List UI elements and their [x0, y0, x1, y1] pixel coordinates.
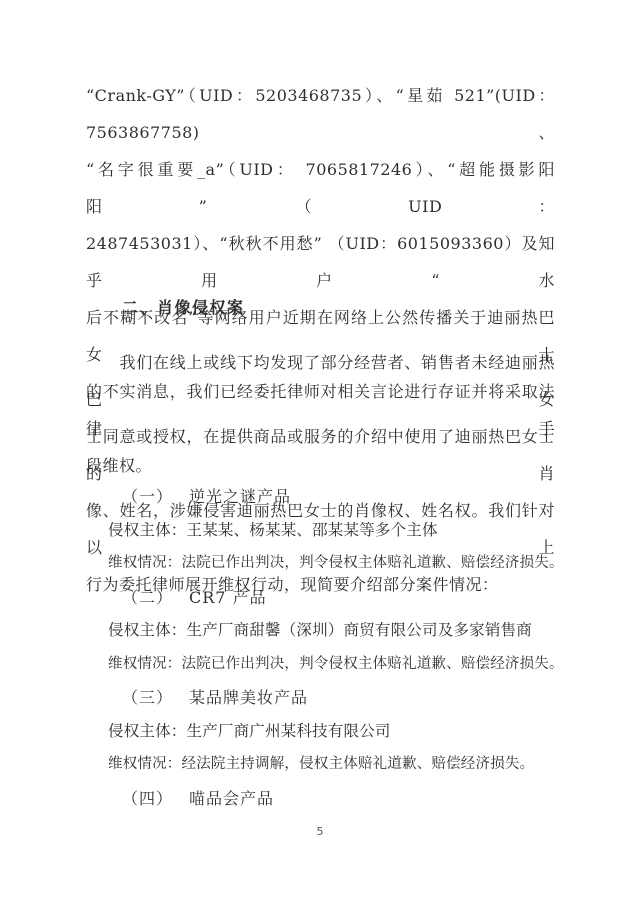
case-item-title: （一）逆光之谜产品 — [86, 480, 555, 514]
page-number: 5 — [0, 825, 640, 838]
text-line: “名字很重要_a”（UID： 7065817246）、“超能摄影阳阳”（UID： — [86, 151, 555, 225]
text-line: “Crank-GY”（UID：5203468735）、“星茹 521”(UID：… — [86, 77, 555, 151]
text-line: 我们在线上或线下均发现了部分经营者、销售者未经迪丽热巴女 — [86, 344, 555, 418]
case-rights-status: 维权情况：经法院主持调解，侵权主体赔礼道歉、赔偿经济损失。 — [86, 748, 555, 782]
case-rights-status: 维权情况：法院已作出判决，判令侵权主体赔礼道歉、赔偿经济损失。 — [86, 547, 555, 581]
case-rights-status: 维权情况：法院已作出判决，判令侵权主体赔礼道歉、赔偿经济损失。 — [86, 648, 555, 682]
case-infringing-party: 侵权主体：生产厂商广州某科技有限公司 — [86, 715, 555, 749]
case-infringing-party: 侵权主体：王某某、杨某某、邵某某等多个主体 — [86, 514, 555, 548]
case-infringing-party: 侵权主体：生产厂商甜馨（深圳）商贸有限公司及多家销售商 — [86, 614, 555, 648]
text-line: 2487453031）、“秋秋不用愁” （UID：6015093360）及知乎用… — [86, 225, 555, 299]
case-product-name: 喵品会产品 — [189, 789, 274, 808]
case-item-title: （四）喵品会产品 — [86, 782, 555, 816]
case-product-name: CR7 产品 — [189, 588, 267, 607]
case-product-name: 逆光之谜产品 — [189, 487, 291, 506]
case-list: （一）逆光之谜产品侵权主体：王某某、杨某某、邵某某等多个主体维权情况：法院已作出… — [86, 480, 555, 815]
case-number: （三） — [122, 688, 173, 707]
case-item-title: （二）CR7 产品 — [86, 581, 555, 615]
case-number: （四） — [122, 789, 173, 808]
case-number: （二） — [122, 588, 173, 607]
case-number: （一） — [122, 487, 173, 506]
section-heading: 二、肖像侵权案 — [122, 299, 245, 317]
document-page: “Crank-GY”（UID：5203468735）、“星茹 521”(UID：… — [0, 0, 640, 905]
case-product-name: 某品牌美妆产品 — [189, 688, 308, 707]
case-item-title: （三）某品牌美妆产品 — [86, 681, 555, 715]
